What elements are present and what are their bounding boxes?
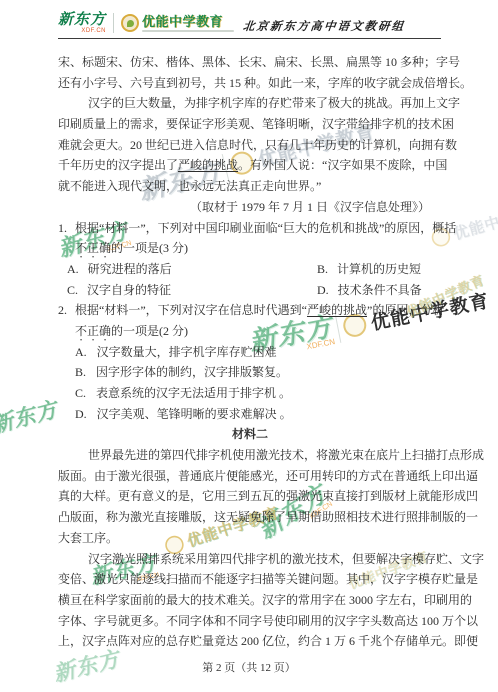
paragraph-line: 还有小字号、六号直到初号，共 15 种。如此一来，字库的收字就会成倍增长。 [58,73,442,94]
paragraph-line: 上，汉字点阵对应的总存贮量竟达 200 亿位，约合 1 万 6 千兆个存储单元。… [58,631,442,652]
youneng-tagline [142,30,234,32]
xdf-watermark-text: 新东方 [0,392,60,440]
option-row: C.汉字自身的特征 D.技术条件不具备 [58,280,442,301]
question-2-line: 2.根据“材料一”，下列对汉字在信息时代遇到“严峻的挑战”的原因，分析 [58,300,442,321]
question-1-line: 1.根据“材料一”，下列对中国印刷业面临“巨大的危机和挑战”的原因，概括 [58,218,442,239]
option-text: 技术条件不具备 [338,280,422,301]
paragraph-line: 版面。由于激光很强，普通底片便能感光，还可用转印的方式在普通纸上印出逼 [58,466,442,487]
option-row: A.研究进程的落后 B.计算机的历史短 [58,259,442,280]
paragraph-line: 真的大样。更有意义的是，它用三到五瓦的强激光束直接打到版材上就能形成凹 [58,486,442,507]
paragraph-line: 宋、标题宋、仿宋、楷体、黑体、长宋、扁宋、长黑、扁黑等 10 多种；字号 [58,52,442,73]
text-run: 。有外国人说：“汉字如果不废除，中国 [238,158,447,172]
underlined-phrase: 严峻的挑战 [307,303,367,317]
option-text: 汉字数量大，排字机字库存贮困难 [97,342,277,363]
option-text: 表意系统的汉字无法适用于排字机 。 [96,383,291,404]
youneng-logo-text: 优能中学教育 [142,15,234,28]
paragraph-line: 大套工序。 [58,528,442,549]
option-text: 计算机的历史短 [337,259,421,280]
question-text: 根据“材料一”，下列对中国印刷业面临“巨大的危机和挑战”的原因，概括 [75,221,456,235]
option-label: C. [67,280,78,301]
question-number: 1. [58,218,75,239]
option-a: A.研究进程的落后 [58,259,317,280]
xdf-url-text: XDF.CN [58,28,106,34]
paragraph-line: 汉字的巨大数量，为排字机字库的存贮带来了极大的挑战。再加上文字 [58,93,442,114]
option-b: B.因字形字体的制约，汉字排版繁复。 [58,362,442,383]
option-c: C.汉字自身的特征 [58,280,317,301]
paragraph-line: 就不能进入现代文明，也永远无法真正走向世界。” [58,176,442,197]
text-run: 根据“材料一”，下列对汉字在信息时代遇到“ [75,303,307,317]
paragraph-line: 世界最先进的第四代排字机使用激光技术，将激光束在底片上扫描打点形成 [58,445,442,466]
youneng-circle-icon [121,14,139,32]
underlined-phrase: 严峻的挑战 [178,158,238,172]
text-run: ”的原因，分析 [367,303,444,317]
page-number: 第 2 页（共 12 页） [0,659,498,675]
question-1-line: 不正确的一项是(3 分) [58,238,442,259]
option-label: B. [75,362,86,383]
source-attribution: （取材于 1979 年 7 月 1 日《汉字信息处理》） [58,197,442,218]
youneng-circle-core [127,20,134,27]
header: 新东方 XDF.CN 优能中学教育 北京新东方高中语文教研组 [58,9,442,37]
option-label: A. [75,342,87,363]
option-label: C. [75,383,86,404]
option-label: A. [67,259,79,280]
paragraph-line: 变倍、激光只能逐线扫描而不能逐字扫描等关键问题。其中，汉字字模存贮量是 [58,569,442,590]
paragraph-line: 凸版面，称为激光直接雕版，这无疑免除了早期借助照相技术进行照排制版的一 [58,507,442,528]
option-b: B.计算机的历史短 [317,259,421,280]
question-text: 的一项是(2 分) [111,324,188,338]
option-text: 因字形字体的制约，汉字排版繁复。 [96,362,288,383]
option-label: B. [317,259,328,280]
paragraph-line: 汉字激光照排系统采用第四代排字机的激光技术，但要解决字模存贮、文字 [58,549,442,570]
question-2-line: 不正确的一项是(2 分) [58,321,442,342]
paragraph-line: 难就会更大。20 世纪已进入信息时代，只有几十年历史的计算机，向拥有数 [58,135,442,156]
option-d: D.技术条件不具备 [317,280,422,301]
youneng-logo: 优能中学教育 [121,14,234,32]
logo-divider [113,13,114,33]
paragraph-line: 横亘在科学家面前的最大的技术难关。汉字的常用字在 3000 字左右，印刷用的 [58,590,442,611]
option-text: 研究进程的落后 [88,259,172,280]
youneng-watermark-text: 优能中学教育 [451,197,498,244]
paragraph-line: 字体、字号就更多。不同字体和不同字号使印刷用的汉字字头数高达 100 万个以 [58,611,442,632]
option-label: D. [75,404,87,425]
question-number: 2. [58,300,75,321]
paragraph-line: 千年历史的汉字提出了严峻的挑战。有外国人说：“汉字如果不废除，中国 [58,155,442,176]
option-c: C.表意系统的汉字无法适用于排字机 。 [58,383,442,404]
option-text: 汉字自身的特征 [87,280,171,301]
material-two-heading: 材料二 [58,424,442,445]
org-title: 北京新东方高中语文教研组 [242,18,406,34]
paragraph-line: 印刷质量上的需求，要保证字形美观、笔锋明晰，汉字带给排字机的技术困 [58,114,442,135]
document-page: 新东方 优能中学教育 新东方 XDF.CN 优能中学教育 新东方 XDF.CN … [0,0,498,692]
document-body: 宋、标题宋、仿宋、楷体、黑体、长宋、扁宋、长黑、扁黑等 10 多种；字号 还有小… [58,52,442,652]
youneng-logo-text-block: 优能中学教育 [142,15,234,32]
question-text: 的一项是(3 分) [111,241,188,255]
option-text: 汉字美观、笔锋明晰的要求难解决 。 [97,404,292,425]
emphasized-phrase: 不正确 [75,324,111,338]
text-run: 千年历史的汉字提出了 [58,158,178,172]
emphasized-phrase: 不正确 [75,241,111,255]
option-d: D.汉字美观、笔锋明晰的要求难解决 。 [58,404,442,425]
option-label: D. [317,280,329,301]
watermark-xdf: 新东方 [0,392,60,440]
xdf-logo: 新东方 XDF.CN [58,12,106,34]
header-rule [58,38,441,39]
xdf-logo-text: 新东方 [58,12,106,27]
option-a: A.汉字数量大，排字机字库存贮困难 [58,342,442,363]
